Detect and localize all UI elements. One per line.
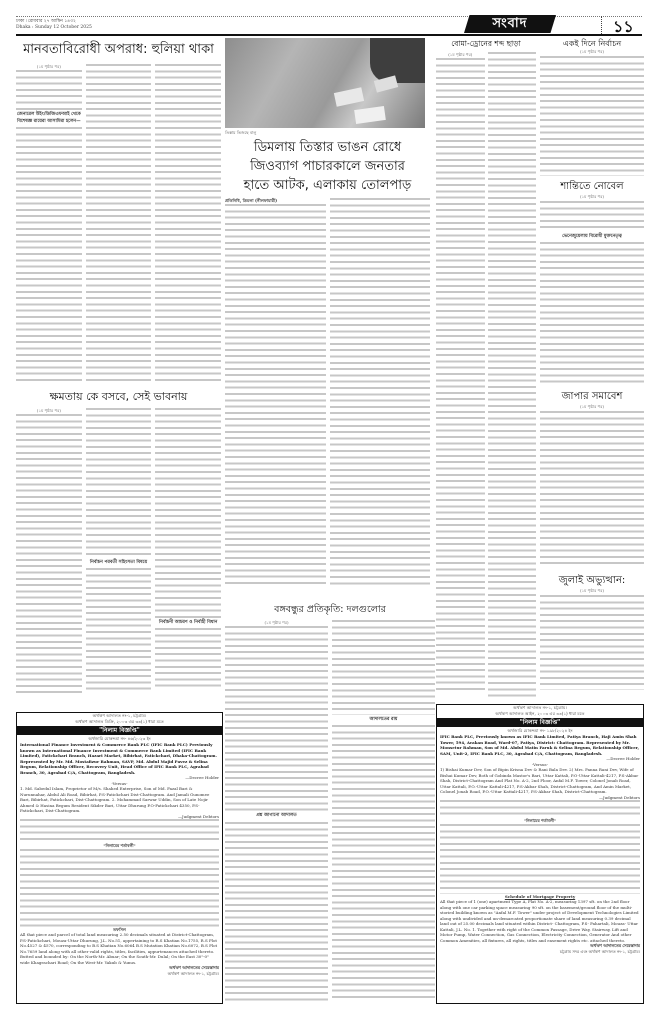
headline: জুলাই অভ্যুত্থান: [540, 574, 644, 588]
article-column [86, 64, 152, 384]
photo-geobag [354, 106, 386, 124]
subhead: আদালতের রায় [332, 717, 435, 723]
body-text [86, 408, 152, 558]
body-text [540, 201, 644, 231]
judgment-debtors: 1) Bishai Kumar Dev, Son of Bipin Krisna… [440, 767, 640, 795]
decree-holder-text: International Finance Investment & Comme… [20, 742, 217, 775]
body-text [225, 626, 328, 811]
legal-basis: অর্থঋণ আদালত ডিক্রি, ২০০৩ এর ৩৩(১) ধারা … [17, 719, 222, 725]
body-text [155, 64, 221, 384]
subhead: নির্বাচনী আচরণ ও নির্বাহী বিধান [155, 620, 221, 626]
body-text [330, 198, 431, 588]
body-text [16, 70, 82, 110]
article-japa-rally: জাপার সমাবেশ (১ম পৃষ্ঠার পর) [540, 390, 644, 570]
subhead: প্রশ্ন জাগানো আদালত [225, 813, 328, 819]
body-text [155, 408, 221, 618]
notice-title: "নিলাম বিজ্ঞপ্তি" [437, 718, 643, 727]
article-teesta-geobag: ডিমলায় তিস্তার ভাঙন রোধে জিওব্যাগ পাচার… [225, 138, 430, 593]
article-column: নির্বাচনী আচরণ ও নির্বাহী বিধান [155, 408, 221, 698]
article-column [155, 64, 221, 384]
headline: জাপার সমাবেশ [540, 390, 644, 404]
riverbank-geobag-photo [225, 38, 425, 128]
decree-holder: IFIC Bank PLC, Previously known as IFIC … [440, 734, 640, 756]
photo-caption: তিস্তায় ভিজছে বালু [225, 130, 256, 137]
signature-line: চট্টগ্রাম সদর এবং অর্থঋণ আদালত নং-১, চট্… [440, 949, 640, 955]
subhead: জেনারেল উইং/ডিজিএফআই থেকে বিশেষজ্ঞ রায়ে… [16, 112, 82, 125]
body-text [436, 58, 485, 693]
article-nobel-peace: শান্তিতে নোবেল (১ম পৃষ্ঠার পর) ভেনেজুয়ে… [540, 180, 644, 385]
body-text [225, 204, 326, 584]
auction-notice-right: অর্থঋণ আদালত নং-১, চট্টগ্রাম। অর্থঋণ আদা… [436, 704, 644, 1004]
body-text [540, 56, 644, 176]
subhead: ভেনেজুয়েলায় বিরোধী মুক্তনেতৃত্ব [540, 233, 644, 240]
article-column: প্রতিনিধি, ডিমলা (নীলফামারী) [225, 198, 326, 588]
subhead: নির্বাচন পরবর্তী সহিংসতা বিষয়ে [86, 560, 152, 566]
body-text [540, 242, 644, 387]
headline: মানবতাবিরোধী অপরাধ: হুলিয়া থাকা [16, 40, 221, 60]
terms-list [440, 824, 640, 894]
article-july-uprising: জুলাই অভ্যুত্থান: (১ম পৃষ্ঠার পর) [540, 574, 644, 694]
judgment-debtors: 1. Md. Sabedul Islam, Proprietor of M/s.… [20, 786, 219, 814]
continued-from: (১ম পৃষ্ঠার পর) [540, 588, 644, 595]
newspaper-logo: সংবাদ [464, 15, 556, 33]
schedule-text: All that piece of 1 (one) apartment Type… [440, 899, 640, 943]
headline: বোমা-ড্রোনের শব্দ ছাড়া [436, 38, 536, 49]
continued-from: (১ম পৃষ্ঠার পর) [540, 194, 644, 201]
headline-line: ডিমলায় তিস্তার ভাঙন রোধে [225, 138, 430, 157]
headline: একই দিনে নির্বাচন [540, 38, 644, 49]
headline: ক্ষমতায় কে বসবে, সেই ভাবনায় [16, 388, 221, 405]
headline-line: হাতে আটক, এলাকায় তোলপাড় [225, 176, 430, 195]
photo-geobag [334, 87, 364, 107]
body-text [540, 595, 644, 690]
masthead-rule [16, 34, 642, 36]
issue-date: ঢাকা ৷ রোববার ২৭ আশ্বিন ১৪৩২ Dhaka : Sun… [16, 19, 92, 31]
terms-list [20, 849, 219, 927]
article-column: (১ম পৃষ্ঠার পর) প্রশ্ন জাগানো আদালত [225, 620, 328, 1005]
photo-trees [370, 38, 425, 83]
article-column: আদালতের রায় [332, 620, 435, 1005]
body-text [488, 52, 537, 697]
body-text [86, 64, 152, 384]
article-column: (১ম পৃষ্ঠার পর) [436, 52, 485, 697]
article-same-day-election: একই দিনে নির্বাচন (১ম পৃষ্ঠার পর) [540, 38, 644, 178]
notice-title: "নিলাম বিজ্ঞপ্তি" [17, 726, 222, 735]
auction-notice-left: অর্থঋণ আদালত নং-১, চট্টগ্রাম। অর্থঋণ আদা… [16, 712, 223, 1004]
masthead-separator [601, 16, 602, 34]
continued-from: (১ম পৃষ্ঠার পর) [540, 49, 644, 56]
article-bangabandhu-portrait: বঙ্গবন্ধুর প্রতিকৃতি: দলগুলোর (১ম পৃষ্ঠা… [225, 603, 435, 1008]
legal-basis: অর্থঋণ আদালত আইন, ২০০৩ এর ৩৩(১) ধারা মতে [437, 711, 643, 717]
headline-line: জিওব্যাগ পাচারকালে জনতার [225, 157, 430, 176]
body-text [332, 620, 435, 715]
body-text [86, 568, 152, 693]
body-text [225, 822, 328, 1002]
article-column: নির্বাচন পরবর্তী সহিংসতা বিষয়ে [86, 408, 152, 698]
page-number: ১১ [613, 14, 634, 41]
masthead: ঢাকা ৷ রোববার ২৭ আশ্বিন ১৪৩২ Dhaka : Sun… [16, 12, 642, 34]
body-text [155, 628, 221, 688]
decree-holder-text: IFIC Bank PLC, Previously known as IFIC … [440, 734, 639, 756]
body-text [16, 414, 82, 694]
headline: বঙ্গবন্ধুর প্রতিকৃতি: দলগুলোর [225, 603, 435, 617]
continued-from: (১ম পৃষ্ঠার পর) [540, 404, 644, 411]
article-bomb-drone: বোমা-ড্রোনের শব্দ ছাড়া (১ম পৃষ্ঠার পর) [436, 38, 536, 698]
article-column [488, 52, 537, 697]
article-column [330, 198, 431, 588]
article-column: (১ম পৃষ্ঠার পর) জেনারেল উইং/ডিজিএফআই থেক… [16, 64, 82, 384]
signature-line: অর্থঋণ আদালত নং-১, চট্টগ্রাম। [20, 971, 219, 977]
decree-holder: International Finance Investment & Comme… [20, 742, 219, 775]
body-text [332, 725, 435, 1000]
schedule-text: All that piece and parcel of total land … [20, 932, 219, 965]
body-text [540, 411, 644, 566]
body-text [20, 819, 219, 843]
article-who-takes-power: ক্ষমতায় কে বসবে, সেই ভাবনায় (১ম পৃষ্ঠা… [16, 388, 221, 703]
headline: শান্তিতে নোবেল [540, 180, 644, 194]
article-column: (১ম পৃষ্ঠার পর) [16, 408, 82, 698]
body-text [16, 127, 82, 382]
issue-date-english: Dhaka : Sunday 12 October 2025 [16, 25, 92, 31]
article-humanity-crimes: মানবতাবিরোধী অপরাধ: হুলিয়া থাকা (১ম পৃষ… [16, 40, 221, 385]
body-text [440, 800, 640, 818]
